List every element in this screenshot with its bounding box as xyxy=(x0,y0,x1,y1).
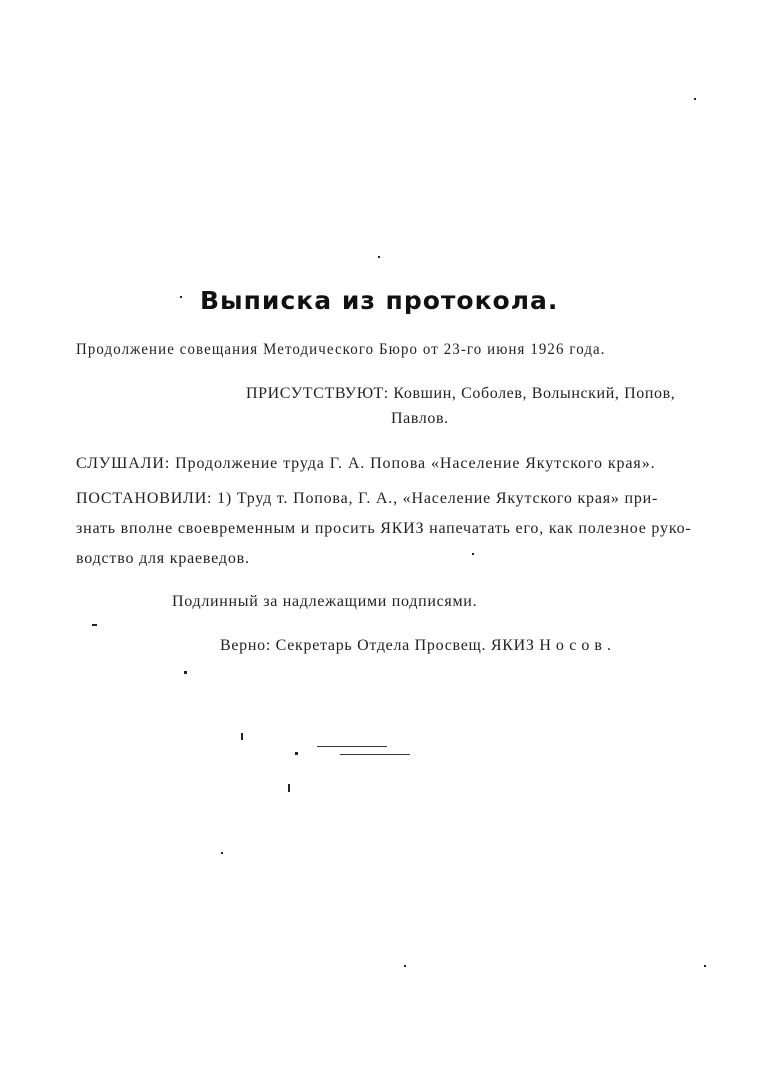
scan-speck xyxy=(404,965,406,967)
resolved-line-1: ПОСТАНОВИЛИ: 1) Труд т. Попова, Г. А., «… xyxy=(76,490,658,508)
present-names-continued: Павлов. xyxy=(391,410,449,428)
heard-text: Продолжение труда Г. А. Попова «Населени… xyxy=(175,455,655,472)
signature-underline xyxy=(317,746,387,747)
original-note: Подлинный за надлежащими подписями. xyxy=(172,593,477,611)
certified-name: Носов. xyxy=(539,637,616,654)
present-label: ПРИСУТСТВУЮТ: xyxy=(246,385,389,402)
scan-speck xyxy=(704,965,706,967)
scan-speck xyxy=(295,752,298,755)
present-line: ПРИСУТСТВУЮТ: Ковшин, Соболев, Волынский… xyxy=(246,385,675,403)
scan-speck xyxy=(694,98,696,100)
scan-speck xyxy=(288,784,290,792)
scan-speck xyxy=(378,256,380,258)
scan-speck xyxy=(180,296,182,298)
resolved-line-2: знать вполне своевременным и просить ЯКИ… xyxy=(76,520,692,538)
document-title: Выписка из протокола. xyxy=(200,286,558,315)
resolved-text-1: 1) Труд т. Попова, Г. А., «Население Яку… xyxy=(217,490,658,507)
resolved-line-3: водство для краеведов. xyxy=(76,550,250,568)
scan-speck xyxy=(221,852,223,854)
resolved-label: ПОСТАНОВИЛИ: xyxy=(76,490,212,507)
present-names: Ковшин, Соболев, Волынский, Попов, xyxy=(393,385,675,402)
scan-speck xyxy=(241,733,243,740)
heard-line: СЛУШАЛИ: Продолжение труда Г. А. Попова … xyxy=(76,455,656,473)
document-page: Выписка из протокола. Продолжение совеща… xyxy=(0,0,780,1088)
scan-speck xyxy=(184,671,187,674)
scan-speck xyxy=(472,553,474,555)
certified-prefix: Верно: Секретарь Отдела Просвещ. ЯКИЗ xyxy=(220,637,535,654)
signature-underline xyxy=(340,754,410,755)
scan-speck xyxy=(92,624,97,626)
certification-line: Верно: Секретарь Отдела Просвещ. ЯКИЗ Но… xyxy=(220,637,616,655)
meeting-subtitle: Продолжение совещания Методического Бюро… xyxy=(76,341,606,359)
heard-label: СЛУШАЛИ: xyxy=(76,455,170,472)
